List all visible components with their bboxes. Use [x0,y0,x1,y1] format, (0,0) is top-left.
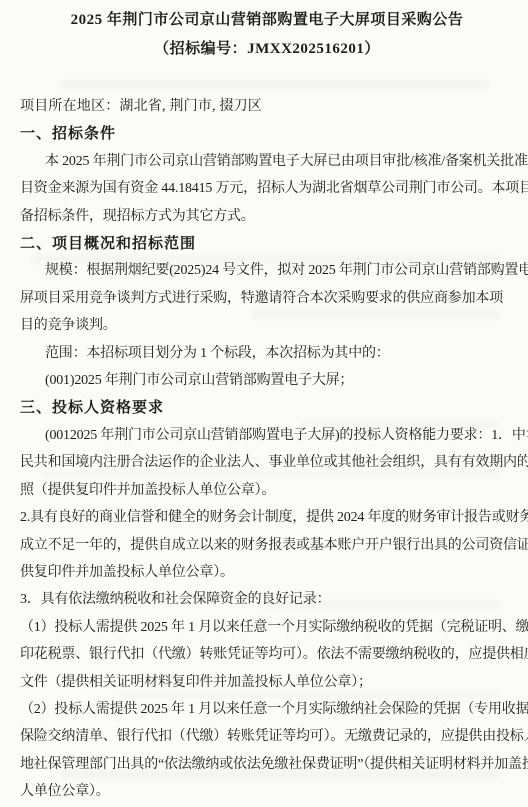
paragraph-line: 本 2025 年荆门市公司京山营销部购置电子大屏已由项目审批/核准/备案机关批准… [20,148,514,175]
section-heading: 一、招标条件 [20,120,514,147]
paragraph-line: 规模：根据荆烟纪要(2025)24 号文件，拟对 2025 年荆门市公司京山营销… [20,257,514,284]
paragraph-line: 2.具有良好的商业信誉和健全的财务会计制度，提供 2024 年度的财务审计报告或… [20,504,514,531]
paragraph-line: 印花税票、银行代扣（代缴）转账凭证等均可）。依法不需要缴纳税收的，应提供相应证明 [20,641,514,668]
document-body: 项目所在地区：湖北省, 荆门市, 掇刀区一、招标条件本 2025 年荆门市公司京… [20,93,514,806]
paragraph-line: 民共和国境内注册合法运作的企业法人、事业单位或其他社会组织，具有有效期内的营业执 [20,449,514,476]
paragraph-line: （1）投标人需提供 2025 年 1 月以来任意一个月实际缴纳税收的凭据（完税证… [20,614,514,641]
document-content: 2025 年荆门市公司京山营销部购置电子大屏项目采购公告 （招标编号：JMXX2… [0,0,528,807]
paragraph-line: （2）投标人需提供 2025 年 1 月以来任意一个月实际缴纳社会保险的凭据（专… [20,696,514,723]
paragraph-line: (0012025 年荆门市公司京山营销部购置电子大屏)的投标人资格能力要求：1．… [20,422,514,449]
paragraph-line: 地社保管理部门出具的“依法缴纳或依法免缴社保费证明”（提供相关证明材料并加盖投标 [20,751,514,778]
paragraph-line: 3．具有依法缴纳税收和社会保障资金的良好记录： [20,586,514,613]
scanned-document-page: 2025 年荆门市公司京山营销部购置电子大屏项目采购公告 （招标编号：JMXX2… [0,0,528,807]
paragraph-line: (001)2025 年荆门市公司京山营销部购置电子大屏； [20,367,514,394]
project-location-line: 项目所在地区：湖北省, 荆门市, 掇刀区 [20,93,514,120]
paragraph-line: 供复印件并加盖投标人单位公章）。 [20,559,514,586]
paragraph-line: 范围：本招标项目划分为 1 个标段，本次招标为其中的： [20,340,514,367]
paragraph-line: 文件（提供相关证明材料复印件并加盖投标人单位公章）； [20,669,514,696]
paragraph-line: 保险交纳清单、银行代扣（代缴）转账凭证等均可）。无缴费记录的，应提供由投标人所在 [20,723,514,750]
paragraph-line: 屏项目采用竞争谈判方式进行采购，特邀请符合本次采购要求的供应商参加本项 [20,285,514,312]
paragraph-line: 目资金来源为国有资金 44.18415 万元，招标人为湖北省烟草公司荆门市公司。… [20,175,514,202]
section-heading: 二、项目概况和招标范围 [20,230,514,257]
tender-number: （招标编号：JMXX202516201） [20,35,514,63]
paragraph-line: 备招标条件，现招标方式为其它方式。 [20,203,514,230]
document-title: 2025 年荆门市公司京山营销部购置电子大屏项目采购公告 [20,5,514,35]
section-heading: 三、投标人资格要求 [20,394,514,421]
paragraph-line: 成立不足一年的，提供自成立以来的财务报表或基本账户开户银行出具的公司资信证明（提 [20,532,514,559]
paragraph-line: 人单位公章）。 [20,778,514,805]
paragraph-line: 目的竞争谈判。 [20,312,514,339]
paragraph-line: 照（提供复印件并加盖投标人单位公章）。 [20,477,514,504]
